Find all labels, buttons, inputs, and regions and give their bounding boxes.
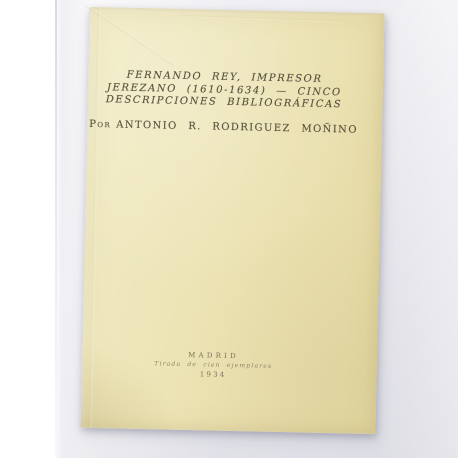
author-line: PorANTONIO R. RODRIGUEZ MOÑINO xyxy=(76,119,371,137)
paper-crease-top-edge xyxy=(181,15,341,22)
imprint-block: MADRID Tirada de cien ejemplares 1934 xyxy=(66,347,362,382)
paper-crease-top-left xyxy=(84,3,177,67)
author-prefix: Por xyxy=(89,119,111,130)
backdrop-seam xyxy=(55,0,57,458)
booklet-cover: FERNANDO REY, IMPRESOR JEREZANO (1610-16… xyxy=(80,7,384,434)
photo-of-booklet: FERNANDO REY, IMPRESOR JEREZANO (1610-16… xyxy=(0,0,458,458)
cover-title: FERNANDO REY, IMPRESOR JEREZANO (1610-16… xyxy=(76,69,372,113)
author-name: ANTONIO R. RODRIGUEZ MOÑINO xyxy=(116,119,358,135)
